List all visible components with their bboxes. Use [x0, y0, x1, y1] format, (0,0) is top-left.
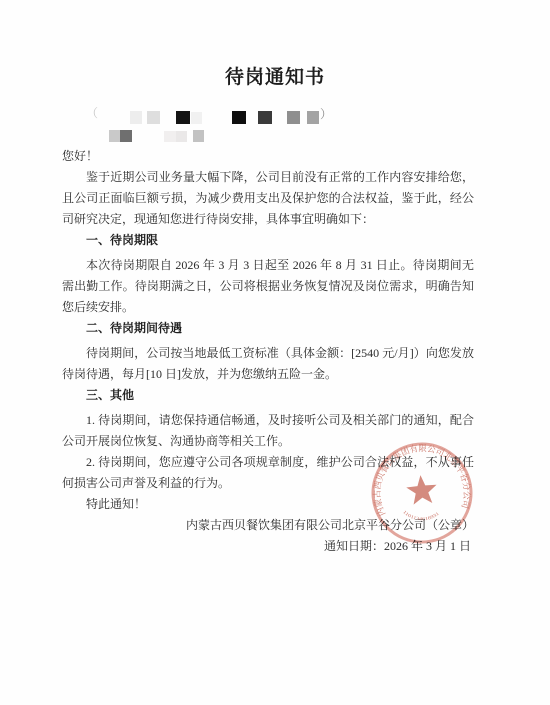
section-3-heading: 三、其他: [62, 385, 474, 406]
redaction-block: [109, 130, 120, 142]
redaction-close-paren: ）: [320, 105, 332, 122]
seal-star-icon: [405, 474, 438, 505]
seal-code-text: 1101134616931: [402, 506, 441, 523]
redaction-open-paren: （: [86, 104, 98, 121]
redaction-block: [258, 111, 272, 124]
greeting-line: 您好！: [62, 146, 474, 167]
section-1-paragraph: 本次待岗期限自 2026 年 3 月 3 日起至 2026 年 8 月 31 日…: [62, 255, 474, 318]
document-page: 待岗通知书 （ ） 您好！ 鉴于近期公司业务量大幅下降，公司目前没有正常的工作内…: [0, 0, 550, 705]
redaction-block: [120, 130, 132, 142]
section-2-heading: 二、待岗期间待遇: [62, 318, 474, 339]
redaction-block: [193, 130, 204, 142]
company-seal: 内蒙古西贝餐饮集团有限公司北京平谷分公司 1101134616931: [361, 432, 482, 553]
redaction-block: [176, 111, 190, 124]
redaction-block: [287, 111, 300, 124]
redaction-block: [232, 111, 246, 124]
redaction-block: [164, 131, 176, 142]
intro-paragraph: 鉴于近期公司业务量大幅下降，公司目前没有正常的工作内容安排给您，且公司正面临巨额…: [62, 167, 474, 230]
section-1-heading: 一、待岗期限: [62, 230, 474, 251]
redaction-block: [147, 111, 160, 124]
redaction-block: [307, 111, 319, 124]
section-2-paragraph: 待岗期间，公司按当地最低工资标准（具体金额：[2540 元/月]）向您发放待岗待…: [62, 343, 474, 385]
redaction-block: [130, 111, 142, 124]
redaction-block: [191, 112, 202, 124]
redaction-block: [176, 131, 187, 142]
redacted-recipient-info: （ ）: [0, 0, 550, 150]
